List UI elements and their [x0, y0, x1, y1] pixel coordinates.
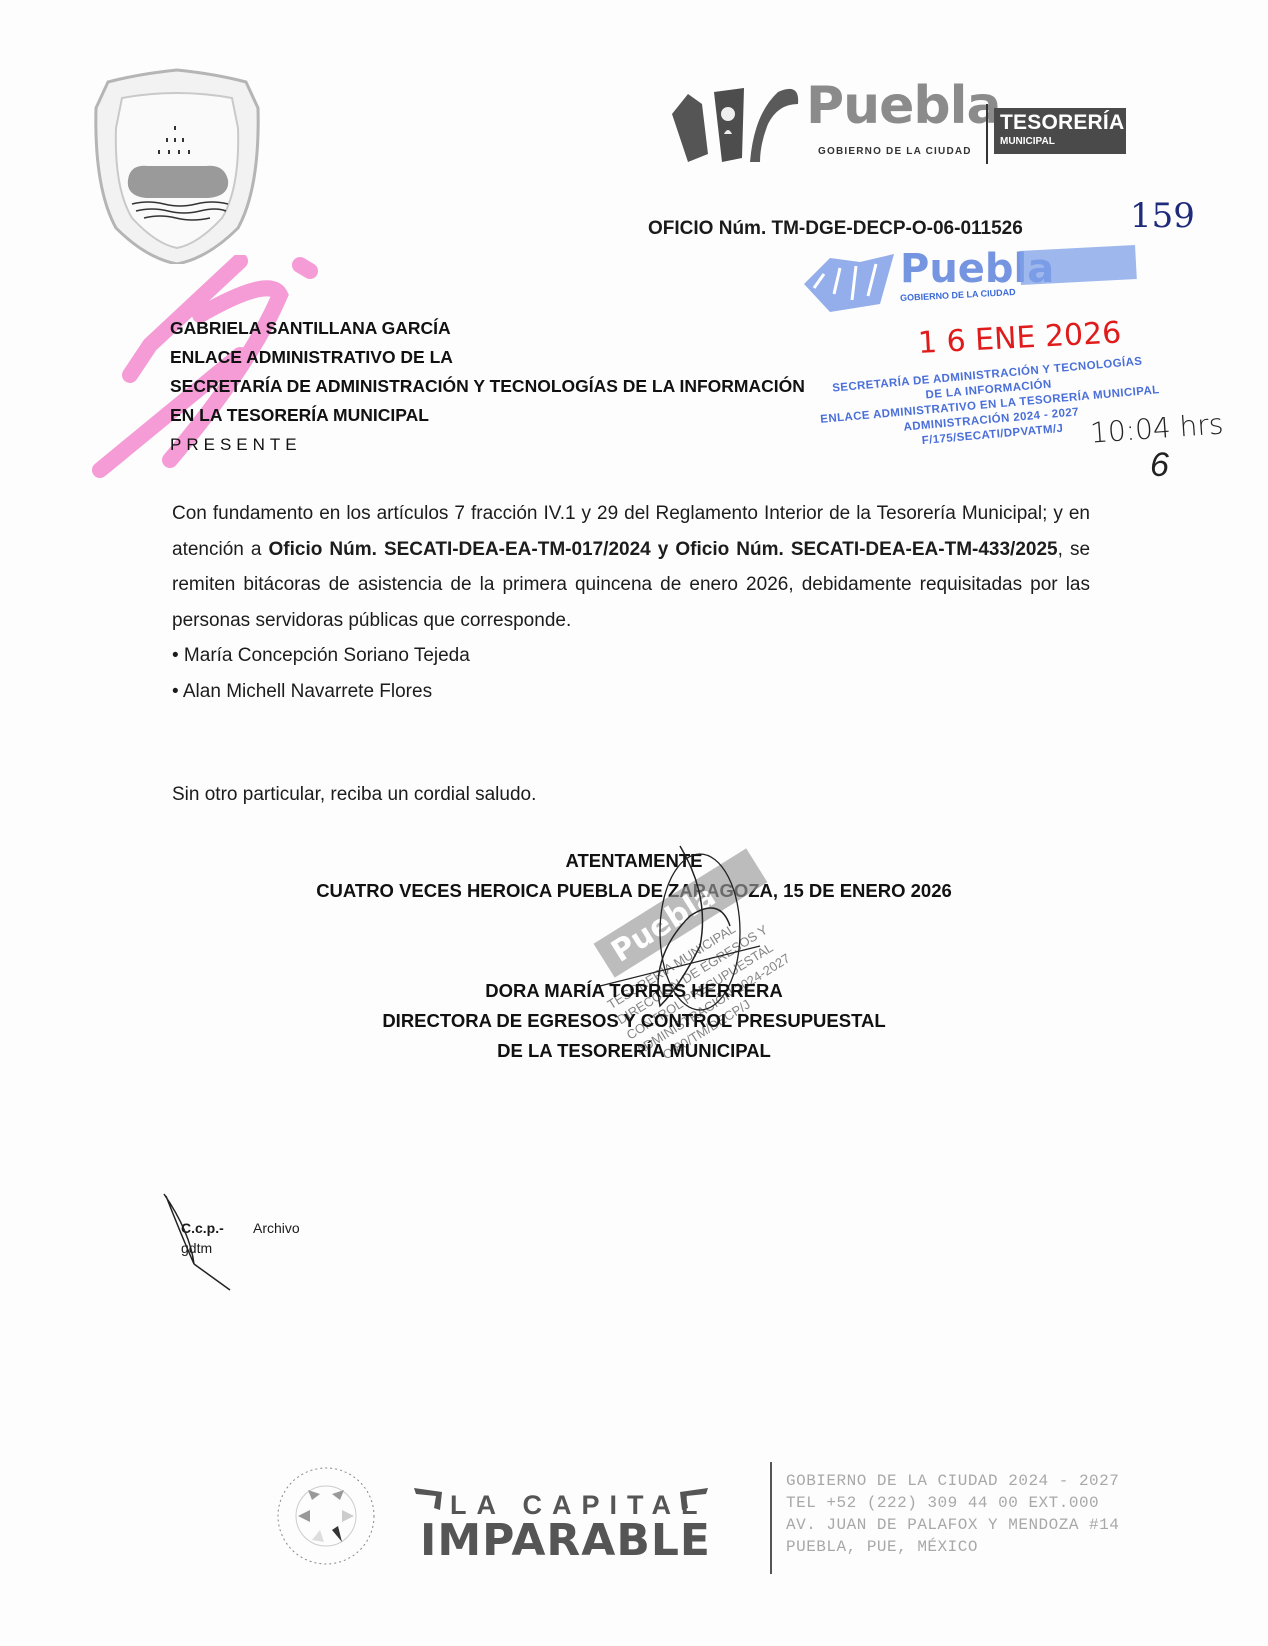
badge-main-text: TESORERÍA: [1000, 111, 1124, 135]
oficio-number: OFICIO Núm. TM-DGE-DECP-O-06-011526: [648, 218, 1023, 240]
handwritten-number: 6: [1150, 446, 1169, 485]
body-paragraph: Con fundamento en los artículos 7 fracci…: [172, 496, 1090, 638]
left-wing-icon: [412, 1486, 446, 1512]
capital-imparable-slogan: LA CAPITAL IMPARABLE: [420, 1490, 711, 1561]
footer-info-line: TEL +52 (222) 309 44 00 EXT.000: [786, 1492, 1119, 1514]
badge-sub-text: MUNICIPAL: [1000, 136, 1055, 147]
logo-divider: [986, 104, 988, 164]
addressee-location: EN LA TESORERÍA MUNICIPAL: [170, 401, 805, 430]
stamp-badge: [1019, 245, 1137, 285]
right-wing-icon: [676, 1486, 710, 1512]
footer-contact-info: GOBIERNO DE LA CIUDAD 2024 - 2027 TEL +5…: [786, 1470, 1119, 1558]
footer-info-line: PUEBLA, PUE, MÉXICO: [786, 1536, 1119, 1558]
tesoreria-badge: TESORERÍA MUNICIPAL: [994, 108, 1126, 154]
folio-number: 159: [1130, 196, 1195, 236]
signer-department: DE LA TESORERÍA MUNICIPAL: [0, 1040, 1268, 1062]
equality-norm-seal: [270, 1460, 382, 1572]
addressee-name: GABRIELA SANTILLANA GARCÍA: [170, 314, 805, 343]
reception-stamp-logo: Puebla GOBIERNO DE LA CIUDAD: [800, 244, 1140, 316]
city-emblem-icon: [668, 74, 808, 166]
closing-line: Sin otro particular, reciba un cordial s…: [172, 784, 536, 806]
puebla-tesoreria-logo: Puebla GOBIERNO DE LA CIUDAD TESORERÍA M…: [668, 74, 1138, 166]
logo-subtitle: GOBIERNO DE LA CIUDAD: [818, 146, 972, 157]
logo-text: Puebla: [806, 76, 1001, 136]
addressee-title: ENLACE ADMINISTRATIVO DE LA: [170, 343, 805, 372]
footer-divider: [770, 1462, 772, 1574]
reference-oficios: Oficio Núm. SECATI-DEA-EA-TM-017/2024 y …: [269, 539, 1058, 560]
initials-signature: [160, 1192, 240, 1292]
footer-info-line: GOBIERNO DE LA CIUDAD 2024 - 2027: [786, 1470, 1119, 1492]
person-list-item: • María Concepción Soriano Tejeda: [172, 638, 1090, 674]
signer-title: DIRECTORA DE EGRESOS Y CONTROL PRESUPUES…: [0, 1010, 1268, 1032]
signer-name: DORA MARÍA TORRES HERRERA: [0, 980, 1268, 1002]
addressee-department: SECRETARÍA DE ADMINISTRACIÓN Y TECNOLOGÍ…: [170, 372, 805, 401]
slogan-line-2: IMPARABLE: [420, 1521, 711, 1561]
stamp-emblem-icon: [800, 244, 900, 316]
footer-info-line: AV. JUAN DE PALAFOX Y MENDOZA #14: [786, 1514, 1119, 1536]
ccp-value: Archivo: [253, 1220, 300, 1236]
municipal-crest-logo: [88, 68, 266, 264]
person-list-item: • Alan Michell Navarrete Flores: [172, 674, 1090, 710]
addressee-block: GABRIELA SANTILLANA GARCÍA ENLACE ADMINI…: [170, 314, 805, 459]
salutation: PRESENTE: [170, 430, 805, 459]
received-date-stamp: 1 6 ENE 2026: [917, 315, 1122, 361]
letter-body: Con fundamento en los artículos 7 fracci…: [172, 496, 1090, 709]
